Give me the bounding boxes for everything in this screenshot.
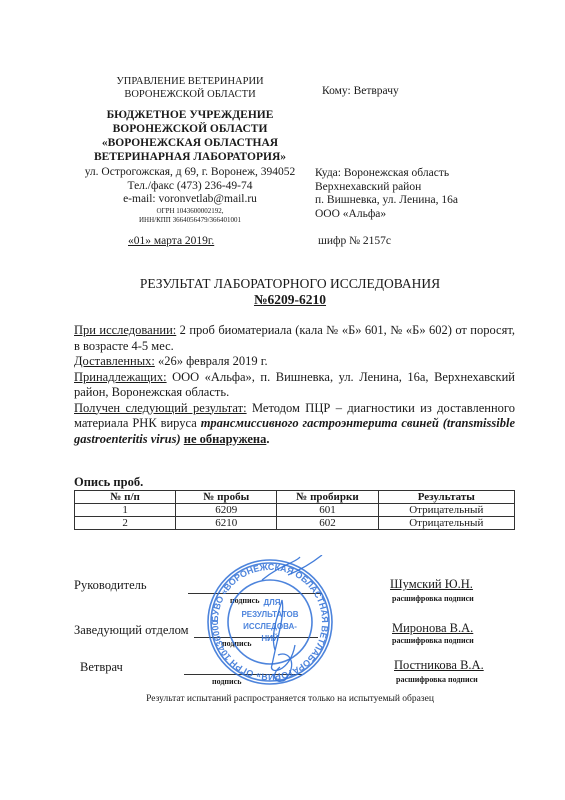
recipient-line-4: ООО «Альфа» (315, 208, 458, 222)
delivered-label: Доставленных: (74, 354, 155, 368)
delivered-text: «26» февраля 2019 г. (155, 354, 268, 368)
org-line-1: БЮДЖЕТНОЕ УЧРЕЖДЕНИЕ (70, 108, 310, 122)
study-label: При исследовании: (74, 323, 176, 337)
column-header-index: № п/п (75, 491, 176, 504)
cell-index: 2 (75, 517, 176, 530)
org-line-2: ВОРОНЕЖСКОЙ ОБЛАСТИ (70, 122, 310, 136)
column-header-tube: № пробирки (277, 491, 378, 504)
signature-role-head: Руководитель (74, 578, 147, 593)
column-header-sample: № пробы (176, 491, 277, 504)
signature-role-vet: Ветврач (80, 660, 123, 675)
org-phone: Тел./факс (473) 236-49-74 (70, 180, 310, 194)
delivered-paragraph: Доставленных: «26» февраля 2019 г. (74, 354, 515, 370)
signature-name-dept: Миронова В.А. (392, 621, 473, 636)
authority-block: УПРАВЛЕНИЕ ВЕТЕРИНАРИИ ВОРОНЕЖСКОЙ ОБЛАС… (90, 75, 290, 101)
recipient-line-2: Верхнехавский район (315, 181, 458, 195)
result-end: . (266, 432, 269, 446)
cipher-number: шифр № 2157с (318, 235, 391, 249)
signature-name-caption-dept: расшифровка подписи (392, 636, 474, 645)
signature-name-head: Шумский Ю.Н. (390, 577, 473, 592)
authority-line-2: ВОРОНЕЖСКОЙ ОБЛАСТИ (90, 88, 290, 101)
contact-block: ул. Острогожская, д 69, г. Воронеж, 3940… (70, 166, 310, 225)
recipient-line-1: Куда: Воронежская область (315, 167, 458, 181)
signature-name-caption-head: расшифровка подписи (392, 594, 474, 603)
title-line: РЕЗУЛЬТАТ ЛАБОРАТОРНОГО ИССЛЕДОВАНИЯ (60, 276, 520, 292)
organization-block: БЮДЖЕТНОЕ УЧРЕЖДЕНИЕ ВОРОНЕЖСКОЙ ОБЛАСТИ… (70, 108, 310, 164)
cell-tube: 602 (277, 517, 378, 530)
org-ogrn: ОГРН 1043600002192, (70, 207, 310, 216)
cell-sample: 6210 (176, 517, 277, 530)
authority-line-1: УПРАВЛЕНИЕ ВЕТЕРИНАРИИ (90, 75, 290, 88)
footer-note: Результат испытаний распространяется тол… (60, 694, 520, 704)
table-row: 1 6209 601 Отрицательный (75, 504, 515, 517)
recipient-address: Куда: Воронежская область Верхнехавский … (315, 167, 458, 221)
cell-tube: 601 (277, 504, 378, 517)
samples-table: № п/п № пробы № пробирки Результаты 1 62… (74, 490, 515, 530)
samples-caption: Опись проб. (74, 475, 143, 490)
owner-paragraph: Принадлежащих: ООО «Альфа», п. Вишневка,… (74, 370, 515, 401)
recipient-to: Кому: Ветврачу (322, 85, 399, 99)
title-number: №6209-6210 (60, 292, 520, 308)
cell-result: Отрицательный (378, 517, 514, 530)
signature-name-caption-vet: расшифровка подписи (396, 675, 478, 684)
result-paragraph: Получен следующий результат: Методом ПЦР… (74, 401, 515, 448)
org-address: ул. Острогожская, д 69, г. Воронеж, 3940… (70, 166, 310, 180)
study-paragraph: При исследовании: 2 проб биоматериала (к… (74, 323, 515, 354)
signature-name-vet: Постникова В.А. (394, 658, 484, 673)
result-label: Получен следующий результат: (74, 401, 247, 415)
org-line-3: «ВОРОНЕЖСКАЯ ОБЛАСТНАЯ (70, 136, 310, 150)
svg-text:ДЛЯ: ДЛЯ (263, 598, 280, 607)
org-email: e-mail: voronvetlab@mail.ru (70, 193, 310, 207)
svg-text:ИССЛЕДОВА-: ИССЛЕДОВА- (243, 622, 297, 631)
org-line-4: ВЕТЕРИНАРНАЯ ЛАБОРАТОРИЯ» (70, 150, 310, 164)
result-body: При исследовании: 2 проб биоматериала (к… (74, 323, 515, 447)
official-stamp-icon: БУВО «ВОРОНЕЖСКАЯ ОБЛАСТНАЯ ВЕТЛАБОРАТОР… (200, 555, 340, 690)
document-date: «01» марта 2019г. (128, 235, 214, 249)
table-row: 2 6210 602 Отрицательный (75, 517, 515, 530)
result-verdict: не обнаружена (184, 432, 267, 446)
recipient-line-3: п. Вишневка, ул. Ленина, 16а (315, 194, 458, 208)
owner-label: Принадлежащих: (74, 370, 167, 384)
cell-index: 1 (75, 504, 176, 517)
cell-result: Отрицательный (378, 504, 514, 517)
document-title: РЕЗУЛЬТАТ ЛАБОРАТОРНОГО ИССЛЕДОВАНИЯ №62… (60, 276, 520, 308)
org-inn: ИНН/КПП 3664056479/366401001 (70, 216, 310, 225)
cell-sample: 6209 (176, 504, 277, 517)
column-header-results: Результаты (378, 491, 514, 504)
signature-role-dept: Заведующий отделом (74, 623, 189, 638)
svg-text:НИЙ: НИЙ (261, 634, 279, 643)
samples-header-row: № п/п № пробы № пробирки Результаты (75, 491, 515, 504)
svg-text:РЕЗУЛЬТАТОВ: РЕЗУЛЬТАТОВ (241, 610, 298, 619)
